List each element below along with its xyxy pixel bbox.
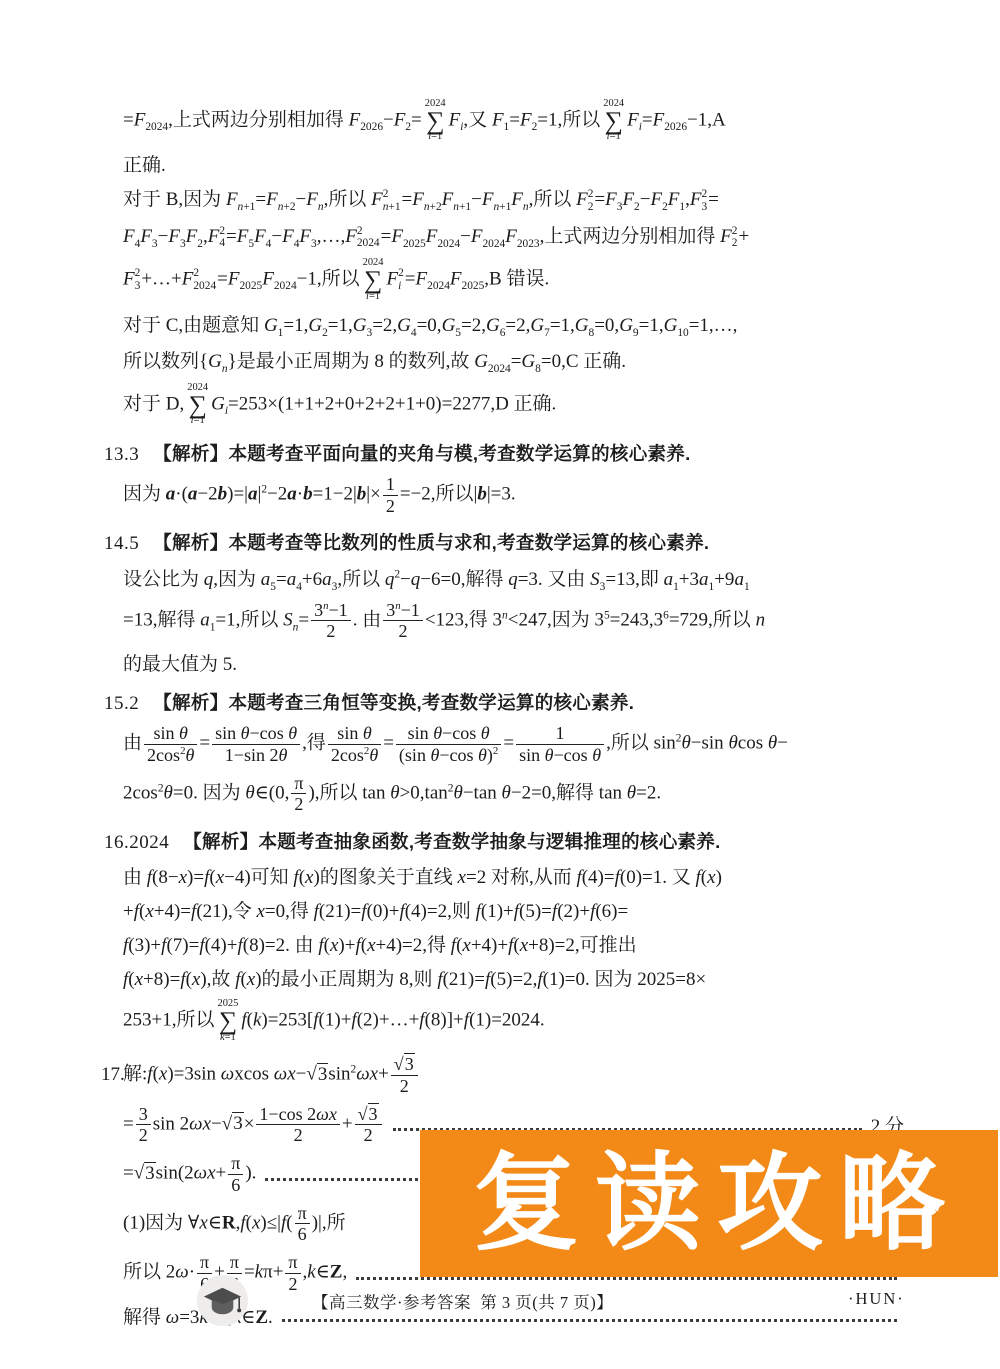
math-text: =F2024,上式两边分别相加得 F2026−F2=2024∑i=1Fi,又 F… xyxy=(123,98,726,144)
math-text: 2cos2θ=0. 因为 θ∈(0,π2),所以 tan θ>0,tan2θ−t… xyxy=(123,773,661,816)
solution-line: F4F3−F3F2,F24=F5F4−F4F3,…,F22024=F2025F2… xyxy=(123,217,906,253)
solution-block: 15.2【解析】本题考查三角恒等变换,考查数学运算的核心素养.由sin θ2co… xyxy=(100,683,906,819)
solution-line: 正确. xyxy=(123,147,906,181)
math-text: 对于 B,因为 Fn+1=Fn+2−Fn,所以 F2n+1=Fn+2Fn+1−F… xyxy=(123,184,719,213)
solution-block: 16.2024【解析】本题考查抽象函数,考查数学抽象与逻辑推理的核心素养.由 f… xyxy=(100,822,906,1048)
math-text: 由 f(8−x)=f(x−4)可知 f(x)的图象关于直线 x=2 对称,从而 … xyxy=(123,862,722,889)
problem-number: 14.5 xyxy=(104,533,139,555)
solution-heading: 【解析】本题考查三角恒等变换,考查数学运算的核心素养. xyxy=(153,689,634,715)
solution-line: +f(x+4)=f(21),令 x=0,得 f(21)=f(0)+f(4)=2,… xyxy=(123,893,906,927)
solution-body: 由 f(8−x)=f(x−4)可知 f(x)的图象关于直线 x=2 对称,从而 … xyxy=(100,859,906,1048)
promo-banner: 复读攻略 xyxy=(420,1130,998,1277)
solution-line: 253+1,所以2025∑k=1f(k)=253[f(1)+f(2)+…+f(8… xyxy=(123,995,906,1048)
math-text: 解:f(x)=3sin ωxcos ωx−√3sin2ωx+√32 xyxy=(123,1054,420,1097)
math-text: +f(x+4)=f(21),令 x=0,得 f(21)=f(0)+f(4)=2,… xyxy=(123,896,628,923)
solution-line: 由sin θ2cos2θ=sin θ−cos θ1−sin 2θ,得sin θ2… xyxy=(123,720,906,770)
problem-number: 13.3 xyxy=(104,444,139,466)
solution-line: F23+…+F22024=F2025F2024−1,所以2024∑i=1F2i=… xyxy=(123,254,906,307)
solution-block: 13.3【解析】本题考查平面向量的夹角与模,考查数学运算的核心素养.因为 a·(… xyxy=(100,434,906,521)
solution-line: 对于 D,2024∑i=1Gi=253×(1+1+2+0+2+2+1+0)=22… xyxy=(123,378,906,431)
math-text: =√3sin(2ωx+π6). xyxy=(123,1153,256,1196)
math-text: =32sin 2ωx−√3×1−cos 2ωx2+√32 xyxy=(123,1104,384,1147)
math-text: 因为 a·(a−2b)=|a|2−2a·b=1−2|b|×12=−2,所以|b|… xyxy=(123,474,516,517)
math-text: F23+…+F22024=F2025F2024−1,所以2024∑i=1F2i=… xyxy=(123,257,549,303)
solution-line: 对于 B,因为 Fn+1=Fn+2−Fn,所以 F2n+1=Fn+2Fn+1−F… xyxy=(123,181,906,217)
graduation-cap-icon xyxy=(195,1273,250,1328)
solution-line: 因为 a·(a−2b)=|a|2−2a·b=1−2|b|×12=−2,所以|b|… xyxy=(123,471,906,521)
math-text: 253+1,所以2025∑k=1f(k)=253[f(1)+f(2)+…+f(8… xyxy=(123,998,545,1044)
solution-heading: 【解析】本题考查等比数列的性质与求和,考查数学运算的核心素养. xyxy=(153,529,709,555)
solution-line: f(3)+f(7)=f(4)+f(8)=2. 由 f(x)+f(x+4)=2,得… xyxy=(123,927,906,961)
solution-heading: 【解析】本题考查平面向量的夹角与模,考查数学运算的核心素养. xyxy=(153,440,690,466)
math-text: 设公比为 q,因为 a5=a4+6a3,所以 q2−q−6=0,解得 q=3. … xyxy=(123,564,750,593)
math-text: 所以数列{Gn}是最小正周期为 8 的数列,故 G2024=G8=0,C 正确. xyxy=(123,346,626,375)
solution-line: =13,解得 a1=1,所以 Sn=3n−12. 由3n−12<123,得 3n… xyxy=(123,596,906,646)
solution-heading-row: 16.2024【解析】本题考查抽象函数,考查数学抽象与逻辑推理的核心素养. xyxy=(100,822,906,859)
math-text: (1)因为 ∀x∈R,f(x)≤|f(π6)|,所 xyxy=(123,1203,346,1246)
math-text: 的最大值为 5. xyxy=(123,649,237,676)
math-text: 正确. xyxy=(123,150,166,177)
solution-line: =F2024,上式两边分别相加得 F2026−F2=2024∑i=1Fi,又 F… xyxy=(123,94,906,147)
footer-region-code: ·HUN· xyxy=(848,1289,905,1309)
solution-heading-row: 14.5【解析】本题考查等比数列的性质与求和,考查数学运算的核心素养. xyxy=(100,523,906,560)
math-text: 对于 C,由题意知 G1=1,G2=1,G3=2,G4=0,G5=2,G6=2,… xyxy=(123,310,737,339)
solution-line: 的最大值为 5. xyxy=(123,646,906,680)
solution-heading: 【解析】本题考查抽象函数,考查数学抽象与逻辑推理的核心素养. xyxy=(183,828,720,854)
solution-line: 所以数列{Gn}是最小正周期为 8 的数列,故 G2024=G8=0,C 正确. xyxy=(123,342,906,378)
solution-block: 14.5【解析】本题考查等比数列的性质与求和,考查数学运算的核心素养.设公比为 … xyxy=(100,523,906,679)
solution-body: =F2024,上式两边分别相加得 F2026−F2=2024∑i=1Fi,又 F… xyxy=(100,94,906,431)
problem-number: 15.2 xyxy=(104,693,139,715)
solution-heading-row: 13.3【解析】本题考查平面向量的夹角与模,考查数学运算的核心素养. xyxy=(100,434,906,471)
solution-line: 17.解:f(x)=3sin ωxcos ωx−√3sin2ωx+√32 xyxy=(123,1051,906,1101)
solution-block: =F2024,上式两边分别相加得 F2026−F2=2024∑i=1Fi,又 F… xyxy=(100,94,906,431)
page-footer: 【高三数学·参考答案 第 3 页(共 7 页)】 ·HUN· xyxy=(0,1270,1000,1340)
math-text: F4F3−F3F2,F24=F5F4−F4F3,…,F22024=F2025F2… xyxy=(123,221,749,250)
math-text: 由sin θ2cos2θ=sin θ−cos θ1−sin 2θ,得sin θ2… xyxy=(123,723,788,766)
promo-banner-text: 复读攻略 xyxy=(457,1151,961,1257)
solution-line: 设公比为 q,因为 a5=a4+6a3,所以 q2−q−6=0,解得 q=3. … xyxy=(123,560,906,596)
math-text: 对于 D,2024∑i=1Gi=253×(1+1+2+0+2+2+1+0)=22… xyxy=(123,382,556,428)
math-text: f(x+8)=f(x),故 f(x)的最小正周期为 8,则 f(21)=f(5)… xyxy=(123,964,706,991)
footer-page-info: 【高三数学·参考答案 第 3 页(共 7 页)】 xyxy=(312,1289,613,1313)
problem-number: 16.2024 xyxy=(104,832,169,854)
solution-body: 由sin θ2cos2θ=sin θ−cos θ1−sin 2θ,得sin θ2… xyxy=(100,720,906,819)
solution-line: f(x+8)=f(x),故 f(x)的最小正周期为 8,则 f(21)=f(5)… xyxy=(123,961,906,995)
answer-sheet-page: =F2024,上式两边分别相加得 F2026−F2=2024∑i=1Fi,又 F… xyxy=(0,0,1000,1369)
solution-body: 设公比为 q,因为 a5=a4+6a3,所以 q2−q−6=0,解得 q=3. … xyxy=(100,560,906,679)
solution-heading-row: 15.2【解析】本题考查三角恒等变换,考查数学运算的核心素养. xyxy=(100,683,906,720)
solution-body: 因为 a·(a−2b)=|a|2−2a·b=1−2|b|×12=−2,所以|b|… xyxy=(100,471,906,521)
problem-number: 17. xyxy=(101,1064,125,1086)
solution-line: 由 f(8−x)=f(x−4)可知 f(x)的图象关于直线 x=2 对称,从而 … xyxy=(123,859,906,893)
solution-line: 2cos2θ=0. 因为 θ∈(0,π2),所以 tan θ>0,tan2θ−t… xyxy=(123,769,906,819)
math-text: f(3)+f(7)=f(4)+f(8)=2. 由 f(x)+f(x+4)=2,得… xyxy=(123,930,637,957)
math-text: =13,解得 a1=1,所以 Sn=3n−12. 由3n−12<123,得 3n… xyxy=(123,600,765,643)
solution-line: 对于 C,由题意知 G1=1,G2=1,G3=2,G4=0,G5=2,G6=2,… xyxy=(123,306,906,342)
